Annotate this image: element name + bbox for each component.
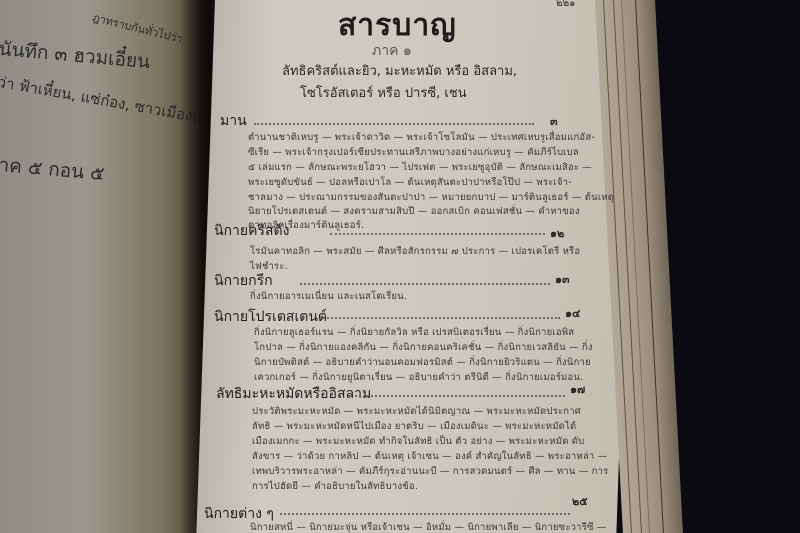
section-line: นิกายบัพติสต์ — อธิบายคำว่านอนคอมฟอรมิสต… xyxy=(254,355,591,370)
part-label: ภาค ๑ xyxy=(372,40,412,62)
section-line: ประวัติพระมะหะหมัด — พระมะหะหมัดได้นิมิต… xyxy=(252,404,581,419)
section-line: กิ่งนิกายลูเธอร์แรน — กิ่งนิยายกัลวิล หร… xyxy=(254,325,574,340)
section-line: ตำนานชาติเหบรู — พระเจ้าดาวิด — พระเจ้าโ… xyxy=(248,130,595,145)
section-line: กิ่งนิกายอารเมเนี่ยน และเนสโตเรี่ยน. xyxy=(250,289,407,304)
left-page-line: ฎาทราบกันทั่วไปว่า xyxy=(91,8,185,48)
subtitle-line-2: โซโรอัสเตอร์ หรือ ปารซี, เชน xyxy=(300,82,467,103)
section-line: โรมันคาทอลิก — พระสมัย — ศีลหรือสักรกรรม… xyxy=(250,244,580,259)
section-page-number: ๓ xyxy=(550,112,558,130)
section-line: สังขาร — ว่าด้วย กาหลิป — ต้นเหตุ เจ้าเซ… xyxy=(252,449,607,464)
section-line: ลัทธิ — พระมะหะหมัดหนีไปเมือง ยาตริบ — เ… xyxy=(252,419,576,434)
section-line: ๕ เล่มแรก — ลักษณะพระยโฮวา — ไปรเฟต — พร… xyxy=(248,160,592,175)
dot-leader xyxy=(300,282,550,285)
dot-leader xyxy=(280,512,570,515)
page-number-top: ๒๒๑ xyxy=(556,0,576,11)
section-page-number: ๒๕ xyxy=(572,492,588,510)
dot-leader xyxy=(350,394,565,397)
section-line: พระเยซูดับขันธ์ — ปอลหรือเปาโล — ต้นเหตุ… xyxy=(248,175,572,190)
section-line: ซีเรีย — พระเจ้ากรุงเปอร์เซียประทานเสรีภ… xyxy=(248,145,579,160)
section-page-number: ๑๓ xyxy=(555,270,570,288)
left-page-line: ว่า ฟ้าเหี๋ยน, แซ่ก๋อง, ซาวเมืองเน xyxy=(0,70,210,131)
section-line: เทพบริวารพระอาหล่า — คัมภีร์กุระอ่านนะบี… xyxy=(252,464,608,479)
section-heading: นิกายคริสตัง xyxy=(214,220,289,242)
subtitle-line-1: ลัทธิคริสต์และยิว, มะหะหมัด หรือ อิสลาม, xyxy=(282,60,517,81)
section-line: นิกายสหนี่ — นิกายมะจุ่น หรือเจ้าเซน — อ… xyxy=(250,520,607,533)
section-line: เมืองเมกกะ — พระมะหะหมัด ทำกิจในลัทธิ เป… xyxy=(252,434,584,449)
section-line: นิยายโปรเตสเตนต์ — สงครามสามสิบปี — ออกส… xyxy=(248,204,580,219)
section-page-number: ๑๒ xyxy=(550,224,564,242)
section-page-number: ๑๗ xyxy=(570,380,585,398)
section-heading: ลัทธิมะหะหมัดหรืออิสลาม xyxy=(216,383,371,405)
section-line: ชาลมาง — ประณามกรรมของสันตะปาปา — หมายยก… xyxy=(248,190,614,205)
table-of-contents: ๒๒๑ สารบาญ ภาค ๑ ลัทธิคริสต์และยิว, มะหะ… xyxy=(220,0,620,533)
dot-leader xyxy=(254,122,534,125)
dot-leader xyxy=(320,316,560,319)
left-page-line: าค ๕ กอน ๕ xyxy=(0,150,106,189)
section-line: โกปาล — กิ่งนิกายแองคลิกัน — กิ่งนิกายคอ… xyxy=(254,340,593,355)
section-heading: มาน xyxy=(220,110,247,132)
left-page-line: นันทึก ๓ ฮวมเอี๋ยน xyxy=(0,34,151,77)
book-photo: ฎาทราบกันทั่วไปว่า นันทึก ๓ ฮวมเอี๋ยน ว่… xyxy=(0,0,800,533)
section-line: การไปฮัดยี — คำอธิบายในลัทธิบางข้อ. xyxy=(252,479,418,494)
dot-leader xyxy=(330,232,545,235)
section-page-number: ๑๔ xyxy=(565,304,580,322)
